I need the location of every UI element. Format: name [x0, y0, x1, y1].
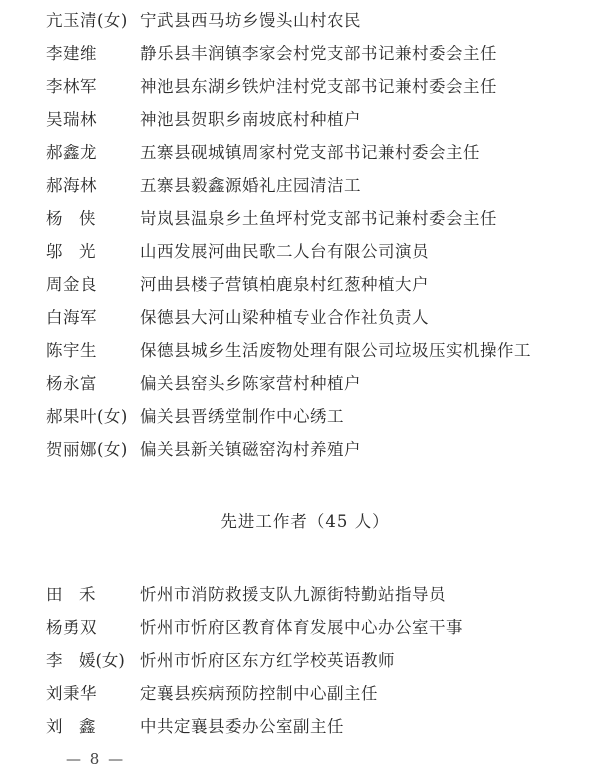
person-name: 吴瑞林: [46, 103, 140, 136]
person-name: 郝果叶(女): [46, 400, 140, 433]
person-affiliation: 偏关县窑头乡陈家营村种植户: [140, 367, 586, 400]
person-name: 李 媛(女): [46, 644, 140, 677]
person-affiliation: 定襄县疾病预防控制中心副主任: [140, 677, 586, 710]
person-affiliation: 偏关县新关镇磁窑沟村养殖户: [140, 433, 586, 466]
person-affiliation: 河曲县楼子营镇柏鹿泉村红葱种植大户: [140, 268, 586, 301]
list-item: 刘 鑫 中共定襄县委办公室副主任: [46, 710, 586, 743]
person-name: 周金良: [46, 268, 140, 301]
list-item: 周金良 河曲县楼子营镇柏鹿泉村红葱种植大户: [46, 268, 586, 301]
person-affiliation: 中共定襄县委办公室副主任: [140, 710, 586, 743]
person-affiliation: 忻州市忻府区东方红学校英语教师: [140, 644, 586, 677]
person-affiliation: 偏关县晋绣堂制作中心绣工: [140, 400, 586, 433]
person-affiliation: 保德县大河山梁种植专业合作社负责人: [140, 301, 586, 334]
person-affiliation: 神池县贺职乡南坡底村种植户: [140, 103, 586, 136]
section-heading: 先进工作者（45 人）: [0, 508, 600, 532]
list-item: 亢玉清(女) 宁武县西马坊乡馒头山村农民: [46, 4, 586, 37]
list-item: 邬 光 山西发展河曲民歌二人台有限公司演员: [46, 235, 586, 268]
list-item: 郝鑫龙 五寨县砚城镇周家村党支部书记兼村委会主任: [46, 136, 586, 169]
honoree-list-model-workers: 亢玉清(女) 宁武县西马坊乡馒头山村农民 李建维 静乐县丰润镇李家会村党支部书记…: [46, 4, 586, 466]
list-item: 李建维 静乐县丰润镇李家会村党支部书记兼村委会主任: [46, 37, 586, 70]
list-item: 杨永富 偏关县窑头乡陈家营村种植户: [46, 367, 586, 400]
person-name: 刘 鑫: [46, 710, 140, 743]
list-item: 陈宇生 保德县城乡生活废物处理有限公司垃圾压实机操作工: [46, 334, 586, 367]
person-name: 亢玉清(女): [46, 4, 140, 37]
list-item: 贺丽娜(女) 偏关县新关镇磁窑沟村养殖户: [46, 433, 586, 466]
person-affiliation: 岢岚县温泉乡土鱼坪村党支部书记兼村委会主任: [140, 202, 586, 235]
person-affiliation: 山西发展河曲民歌二人台有限公司演员: [140, 235, 586, 268]
list-item: 郝海林 五寨县毅鑫源婚礼庄园清洁工: [46, 169, 586, 202]
person-name: 郝鑫龙: [46, 136, 140, 169]
person-affiliation: 宁武县西马坊乡馒头山村农民: [140, 4, 586, 37]
list-item: 田 禾 忻州市消防救援支队九源街特勤站指导员: [46, 578, 586, 611]
person-name: 刘秉华: [46, 677, 140, 710]
honoree-list-advanced-workers: 田 禾 忻州市消防救援支队九源街特勤站指导员 杨勇双 忻州市忻府区教育体育发展中…: [46, 578, 586, 743]
person-name: 郝海林: [46, 169, 140, 202]
person-affiliation: 保德县城乡生活废物处理有限公司垃圾压实机操作工: [140, 334, 586, 367]
list-item: 白海军 保德县大河山梁种植专业合作社负责人: [46, 301, 586, 334]
person-name: 杨永富: [46, 367, 140, 400]
person-affiliation: 忻州市消防救援支队九源街特勤站指导员: [140, 578, 586, 611]
list-item: 郝果叶(女) 偏关县晋绣堂制作中心绣工: [46, 400, 586, 433]
list-item: 杨 侠 岢岚县温泉乡土鱼坪村党支部书记兼村委会主任: [46, 202, 586, 235]
person-name: 陈宇生: [46, 334, 140, 367]
list-item: 杨勇双 忻州市忻府区教育体育发展中心办公室干事: [46, 611, 586, 644]
person-name: 杨勇双: [46, 611, 140, 644]
person-name: 李林军: [46, 70, 140, 103]
person-name: 杨 侠: [46, 202, 140, 235]
list-item: 李林军 神池县东湖乡铁炉洼村党支部书记兼村委会主任: [46, 70, 586, 103]
person-affiliation: 神池县东湖乡铁炉洼村党支部书记兼村委会主任: [140, 70, 586, 103]
list-item: 刘秉华 定襄县疾病预防控制中心副主任: [46, 677, 586, 710]
person-name: 邬 光: [46, 235, 140, 268]
person-name: 田 禾: [46, 578, 140, 611]
person-name: 李建维: [46, 37, 140, 70]
person-affiliation: 忻州市忻府区教育体育发展中心办公室干事: [140, 611, 586, 644]
person-name: 贺丽娜(女): [46, 433, 140, 466]
list-item: 吴瑞林 神池县贺职乡南坡底村种植户: [46, 103, 586, 136]
person-name: 白海军: [46, 301, 140, 334]
list-item: 李 媛(女) 忻州市忻府区东方红学校英语教师: [46, 644, 586, 677]
person-affiliation: 静乐县丰润镇李家会村党支部书记兼村委会主任: [140, 37, 586, 70]
page-number: — 8 —: [66, 750, 125, 768]
person-affiliation: 五寨县毅鑫源婚礼庄园清洁工: [140, 169, 586, 202]
person-affiliation: 五寨县砚城镇周家村党支部书记兼村委会主任: [140, 136, 586, 169]
